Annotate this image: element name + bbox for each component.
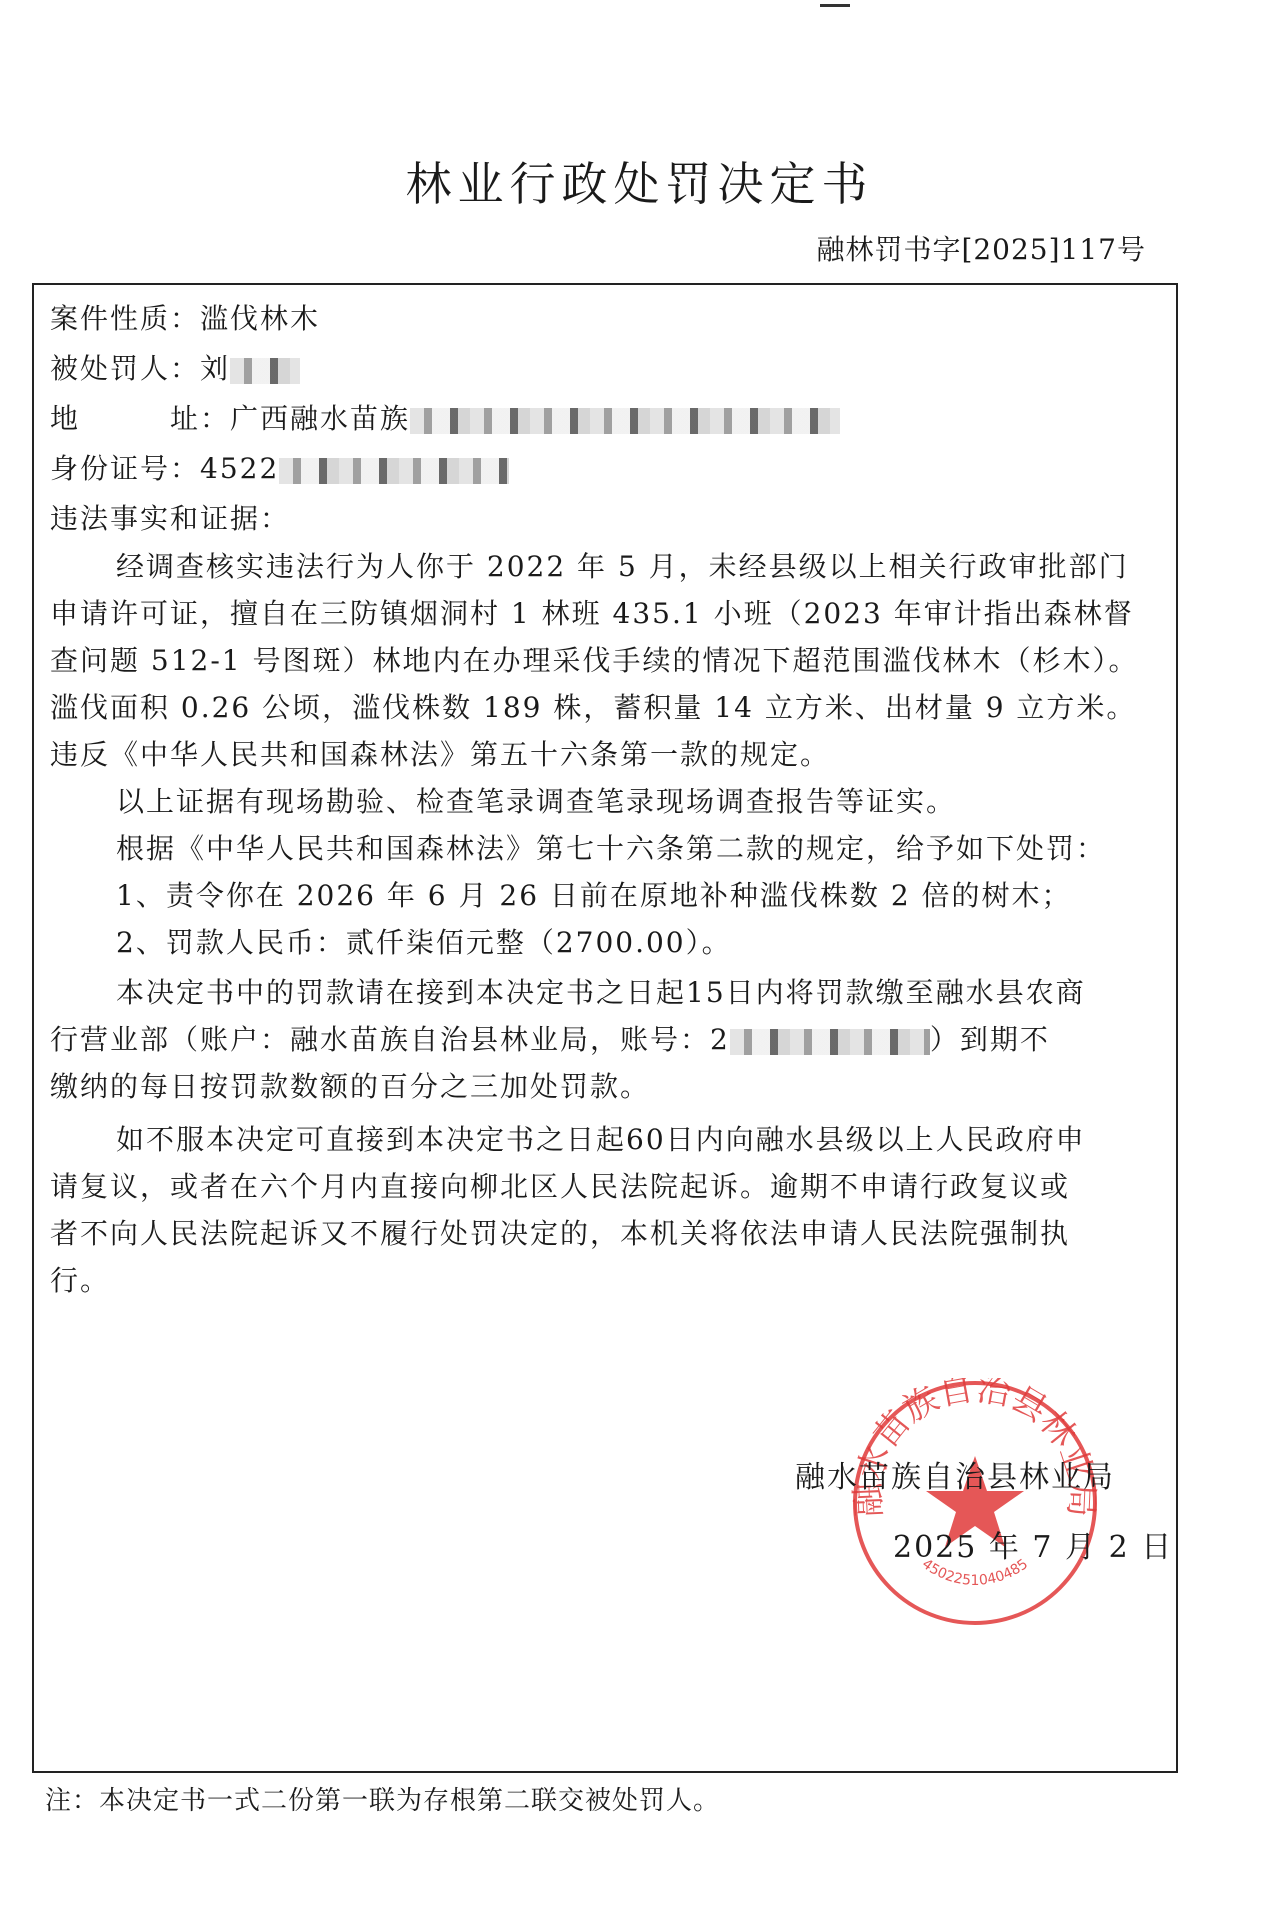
- footnote: 注：本决定书一式二份第一联为存根第二联交被处罚人。: [45, 1780, 720, 1817]
- account-line: 行营业部（账户：融水苗族自治县林业局，账号：2）到期不: [50, 1018, 1050, 1058]
- id-label: 身份证号：: [50, 452, 200, 485]
- account-text: 行营业部（账户：融水苗族自治县林业局，账号：2: [50, 1023, 730, 1056]
- penalty-item-1: 1、责令你在 2026 年 6 月 26 日前在原地补种滥伐株数 2 倍的树木；: [116, 874, 1072, 914]
- address-value: 广西融水苗族: [230, 402, 410, 435]
- case-nature-label: 案件性质：: [50, 302, 200, 335]
- paragraph-line: 查问题 512-1 号图斑）林地内在办理采伐手续的情况下超范围滥伐林木（杉木）。: [50, 639, 1139, 679]
- redacted-address: [410, 408, 840, 434]
- paragraph-line: 申请许可证，擅自在三防镇烟洞村 1 林班 435.1 小班（2023 年审计指出…: [50, 592, 1134, 632]
- issuer-signature: 融水苗族自治县林业局: [795, 1452, 1115, 1496]
- penalized-person-value: 刘: [200, 352, 230, 385]
- penalized-person-row: 被处罚人：刘: [50, 347, 300, 387]
- case-nature-value: 滥伐林木: [200, 302, 320, 335]
- account-text-end: ）到期不: [930, 1023, 1050, 1056]
- document-title: 林业行政处罚决定书: [0, 148, 1279, 214]
- facts-heading: 违法事实和证据：: [50, 497, 290, 537]
- id-row: 身份证号：4522: [50, 447, 509, 487]
- paragraph-line: 请复议，或者在六个月内直接向柳北区人民法院起诉。逾期不申请行政复议或: [50, 1165, 1070, 1205]
- paragraph-line: 本决定书中的罚款请在接到本决定书之日起15日内将罚款缴至融水县农商: [116, 971, 1086, 1011]
- reference-number: 融林罚书字[2025]117号: [816, 228, 1146, 268]
- redacted-id: [279, 458, 509, 484]
- id-value: 4522: [200, 452, 279, 485]
- paragraph-line: 行。: [50, 1259, 110, 1299]
- scan-mark: [820, 4, 850, 7]
- paragraph-line: 经调查核实违法行为人你于 2022 年 5 月，未经县级以上相关行政审批部门: [116, 545, 1129, 585]
- paragraph-line: 以上证据有现场勘验、检查笔录调查笔录现场调查报告等证实。: [116, 780, 956, 820]
- address-row: 地 址：广西融水苗族: [50, 397, 840, 437]
- case-nature-row: 案件性质：滥伐林木: [50, 297, 320, 337]
- paragraph-line: 滥伐面积 0.26 公顷，滥伐株数 189 株，蓄积量 14 立方米、出材量 9…: [50, 686, 1136, 726]
- penalized-person-label: 被处罚人：: [50, 352, 200, 385]
- address-label: 地 址：: [50, 402, 230, 435]
- paragraph-line: 者不向人民法院起诉又不履行处罚决定的，本机关将依法申请人民法院强制执: [50, 1212, 1070, 1252]
- redacted-name: [230, 358, 300, 384]
- issue-date: 2025 年 7 月 2 日: [893, 1522, 1173, 1566]
- paragraph-line: 违反《中华人民共和国森林法》第五十六条第一款的规定。: [50, 733, 830, 773]
- penalty-item-2: 2、罚款人民币：贰仟柒佰元整（2700.00）。: [116, 921, 732, 961]
- official-seal-icon: 融水苗族自治县林业局 4502251040485: [850, 1378, 1100, 1628]
- paragraph-line: 缴纳的每日按罚款数额的百分之三加处罚款。: [50, 1065, 650, 1105]
- paragraph-line: 如不服本决定可直接到本决定书之日起60日内向融水县级以上人民政府申: [116, 1118, 1086, 1158]
- paragraph-line: 根据《中华人民共和国森林法》第七十六条第二款的规定，给予如下处罚：: [116, 827, 1106, 867]
- redacted-account: [730, 1029, 930, 1055]
